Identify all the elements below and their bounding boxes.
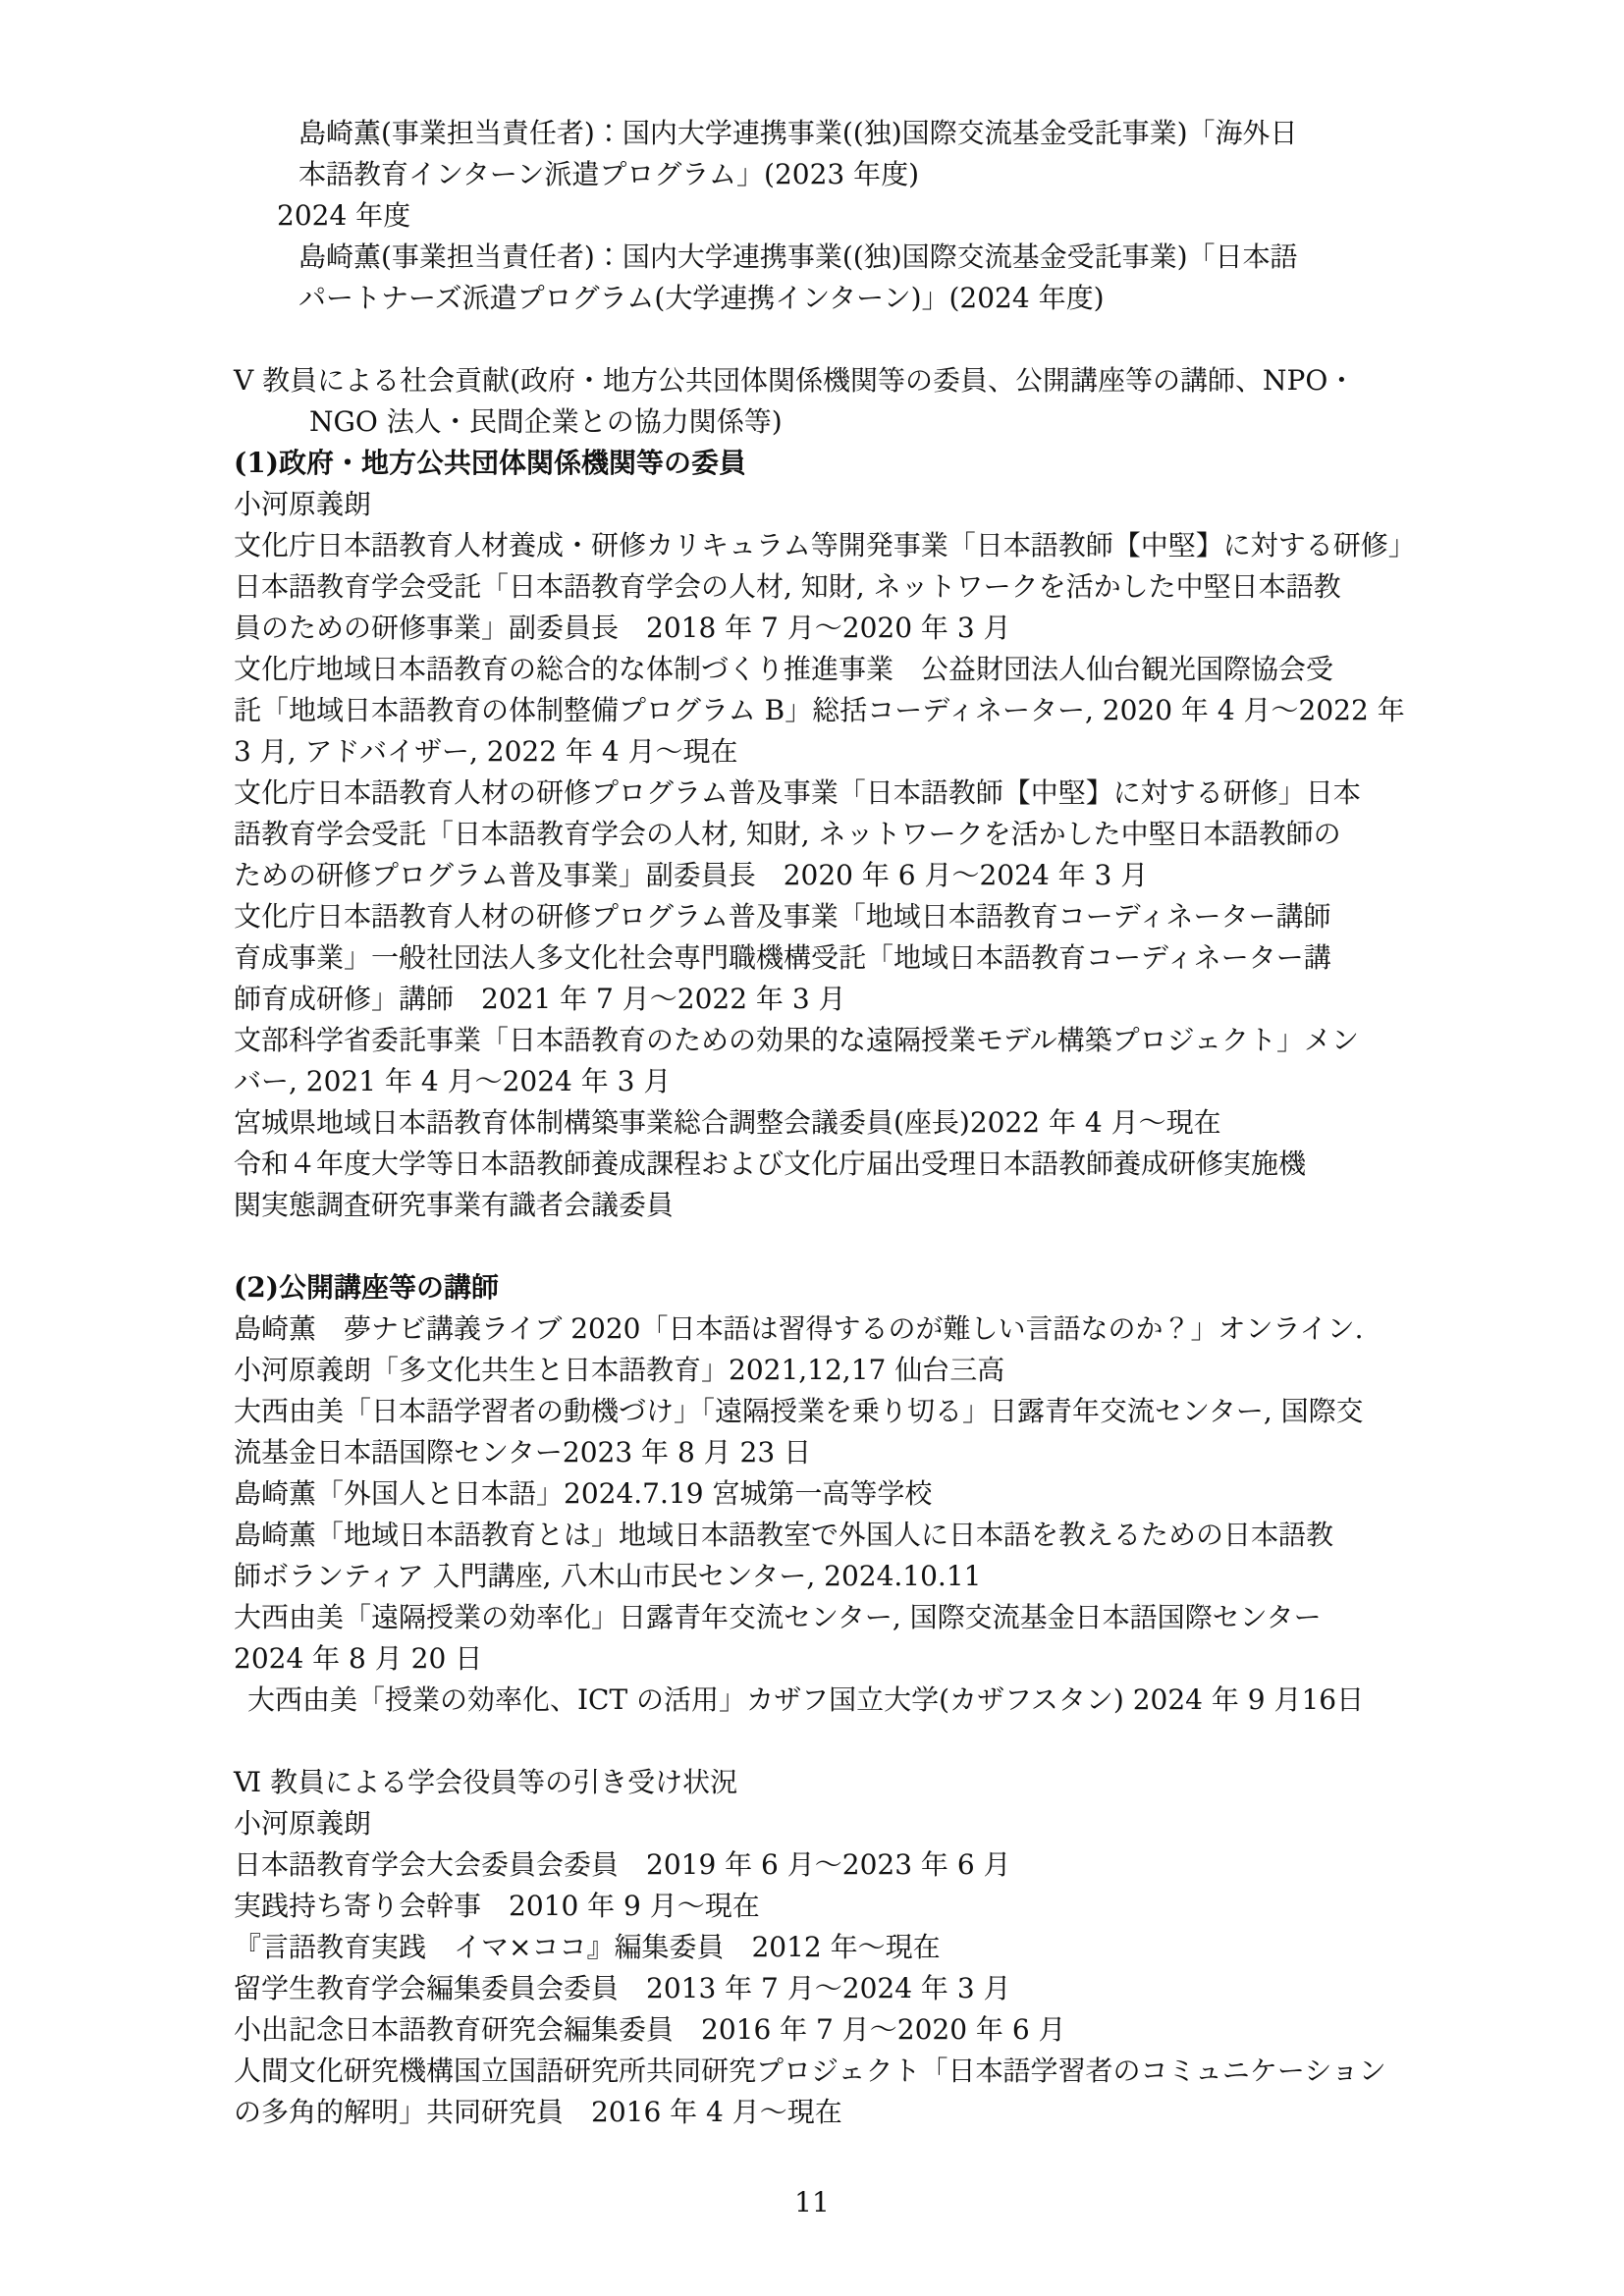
text-line: 令和４年度大学等日本語教師養成課程および文化庁届出受理日本語教師養成研修実施機: [234, 1144, 1432, 1185]
text-line: 師ボランティア 入門講座, 八木山市民センター, 2024.10.11: [234, 1556, 1432, 1597]
text-line: 小河原義朗: [234, 1803, 1432, 1844]
text-line: 大西由美「授業の効率化、ICT の活用」カザフ国立大学(カザフスタン) 2024…: [234, 1680, 1432, 1721]
text-line: 文化庁日本語教育人材養成・研修カリキュラム等開発事業「日本語教師【中堅】に対する…: [234, 525, 1432, 566]
text-line: 人間文化研究機構国立国語研究所共同研究プロジェクト「日本語学習者のコミュニケーシ…: [234, 2051, 1432, 2092]
text-line: 大西由美「遠隔授業の効率化」日露青年交流センター, 国際交流基金日本語国際センタ…: [234, 1597, 1432, 1638]
text-line: 小河原義朗「多文化共生と日本語教育」2021,12,17 仙台三高: [234, 1350, 1432, 1391]
subsection-2-heading: (2)公開講座等の講師: [234, 1267, 1432, 1308]
text-line: 島崎薫 夢ナビ講義ライブ 2020「日本語は習得するのが難しい言語なのか？」オン…: [234, 1308, 1432, 1350]
text-line: パートナーズ派遣プログラム(大学連携インターン)」(2024 年度): [234, 278, 1432, 319]
text-line: 文化庁地域日本語教育の総合的な体制づくり推進事業 公益財団法人仙台観光国際協会受: [234, 649, 1432, 690]
text-line: [234, 1721, 1432, 1762]
section-v-heading: Ⅴ 教員による社会貢献(政府・地方公共団体関係機関等の委員、公開講座等の講師、N…: [234, 360, 1432, 401]
text-line: 2024 年 8 月 20 日: [234, 1638, 1432, 1680]
text-line: 員のための研修事業」副委員長 2018 年 7 月～2020 年 3 月: [234, 608, 1432, 649]
text-line: 小河原義朗: [234, 484, 1432, 525]
text-line: 関実態調査研究事業有識者会議委員: [234, 1185, 1432, 1226]
text-line: 小出記念日本語教育研究会編集委員 2016 年 7 月～2020 年 6 月: [234, 2009, 1432, 2051]
text-line: 師育成研修」講師 2021 年 7 月～2022 年 3 月: [234, 979, 1432, 1020]
text-line: 2024 年度: [234, 195, 1432, 237]
text-line: 流基金日本語国際センター2023 年 8 月 23 日: [234, 1432, 1432, 1473]
text-line: の多角的解明」共同研究員 2016 年 4 月～現在: [234, 2092, 1432, 2133]
text-line: 留学生教育学会編集委員会委員 2013 年 7 月～2024 年 3 月: [234, 1968, 1432, 2009]
text-line: 日本語教育学会受託「日本語教育学会の人材, 知財, ネットワークを活かした中堅日…: [234, 566, 1432, 608]
text-line: 育成事業」一般社団法人多文化社会専門職機構受託「地域日本語教育コーディネーター講: [234, 937, 1432, 979]
document-page: 島崎薫(事業担当責任者)：国内大学連携事業((独)国際交流基金受託事業)「海外日…: [0, 0, 1624, 2296]
text-line: 大西由美「日本語学習者の動機づけ」「遠隔授業を乗り切る」日露青年交流センター, …: [234, 1391, 1432, 1432]
text-line: バー, 2021 年 4 月～2024 年 3 月: [234, 1061, 1432, 1102]
text-line: [234, 1226, 1432, 1267]
text-line: 島崎薫「地域日本語教育とは」地域日本語教室で外国人に日本語を教えるための日本語教: [234, 1515, 1432, 1556]
text-line: ための研修プログラム普及事業」副委員長 2020 年 6 月～2024 年 3 …: [234, 855, 1432, 896]
text-line: 語教育学会受託「日本語教育学会の人材, 知財, ネットワークを活かした中堅日本語…: [234, 814, 1432, 855]
text-line: 文化庁日本語教育人材の研修プログラム普及事業「地域日本語教育コーディネーター講師: [234, 896, 1432, 937]
page-number: 11: [0, 2185, 1624, 2220]
text-line: 島崎薫(事業担当責任者)：国内大学連携事業((独)国際交流基金受託事業)「日本語: [234, 237, 1432, 278]
text-line: NGO 法人・民間企業との協力関係等): [234, 401, 1432, 443]
section-vi-heading: Ⅵ 教員による学会役員等の引き受け状況: [234, 1762, 1432, 1803]
text-line: 島崎薫(事業担当責任者)：国内大学連携事業((独)国際交流基金受託事業)「海外日: [234, 113, 1432, 154]
text-line: 実践持ち寄り会幹事 2010 年 9 月～現在: [234, 1886, 1432, 1927]
text-line: 日本語教育学会大会委員会委員 2019 年 6 月～2023 年 6 月: [234, 1844, 1432, 1886]
text-line: 宮城県地域日本語教育体制構築事業総合調整会議委員(座長)2022 年 4 月～現…: [234, 1102, 1432, 1144]
text-line: 3 月, アドバイザー, 2022 年 4 月～現在: [234, 731, 1432, 773]
text-line: 島崎薫「外国人と日本語」2024.7.19 宮城第一高等学校: [234, 1473, 1432, 1515]
text-line: [234, 319, 1432, 360]
text-line: 託「地域日本語教育の体制整備プログラム B」総括コーディネーター, 2020 年…: [234, 690, 1432, 731]
text-line: 文部科学省委託事業「日本語教育のための効果的な遠隔授業モデル構築プロジェクト」メ…: [234, 1020, 1432, 1061]
text-line: 『言語教育実践 イマ×ココ』編集委員 2012 年～現在: [234, 1927, 1432, 1968]
text-line: 文化庁日本語教育人材の研修プログラム普及事業「日本語教師【中堅】に対する研修」日…: [234, 773, 1432, 814]
subsection-1-heading: (1)政府・地方公共団体関係機関等の委員: [234, 443, 1432, 484]
text-line: 本語教育インターン派遣プログラム」(2023 年度): [234, 154, 1432, 195]
document-body: 島崎薫(事業担当責任者)：国内大学連携事業((独)国際交流基金受託事業)「海外日…: [234, 113, 1432, 2133]
